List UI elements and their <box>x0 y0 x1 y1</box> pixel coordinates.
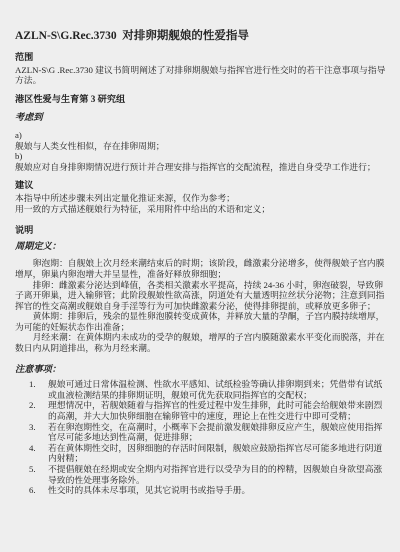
list-item: 4. 若在黄体期性交时，因卵细胞的存活时间限制，舰娘应鼓励指挥官尽可能多地进行阴… <box>29 443 388 464</box>
list-item-number: 2. <box>29 400 48 421</box>
list-item-text: 若在卵泡期性交，在高潮时，小概率下会提前激发舰娘排卵反应产生，舰娘应使用指挥官尽… <box>48 422 388 443</box>
list-item-text: 性交时的具体未尽事项，见其它说明书或指导手册。 <box>48 485 388 496</box>
list-item-number: 3. <box>29 422 48 443</box>
list-item: 1. 舰娘可通过日常体温检测、性欲水平感知、试纸检验等确认排卵期到来；凭借带有试… <box>29 379 388 400</box>
list-item-number: 1. <box>29 379 48 400</box>
document-page: AZLN-S\G.Rec.3730 对排卵期舰娘的性爱指导 范围 AZLN-S\… <box>0 0 400 496</box>
list-item-text: 舰娘可通过日常体温检测、性欲水平感知、试纸检验等确认排卵期到来；凭借带有试纸或血… <box>48 379 388 400</box>
clause-label-a: a) <box>15 130 388 141</box>
subheading-notes: 注意事项： <box>15 364 388 375</box>
definition-luteal-phase: 黄体期：排卵后，残余的显性卵泡膜转变成黄体，并释放大量的孕酮，子宫内膜持续增厚，… <box>15 311 388 332</box>
definition-follicular-phase: 卵泡期：自舰娘上次月经来潮结束后的时期；该阶段，雌激素分泌增多，使得舰娘子宫内膜… <box>15 258 388 279</box>
section-heading-considering: 考虑到 <box>15 112 388 123</box>
list-item-number: 5. <box>29 464 48 485</box>
considering-clause-b: b) 舰娘应对自身排卵期情况进行预计并合理安排与指挥官的交配流程，推进自身受孕工… <box>15 151 388 172</box>
workgroup-name: 港区性爱与生育第 3 研究组 <box>15 94 388 105</box>
definition-ovulation: 排卵：雌激素分泌达到峰值，各类相关激素水平提高，持续 24-36 小时，卵泡破裂… <box>15 280 388 312</box>
list-item: 3. 若在卵泡期性交，在高潮时，小概率下会提前激发舰娘排卵反应产生，舰娘应使用指… <box>29 422 388 443</box>
notes-list: 1. 舰娘可通过日常体温检测、性欲水平感知、试纸检验等确认排卵期到来；凭借带有试… <box>29 379 388 496</box>
list-item-text: 若在黄体期性交时，因卵细胞的存活时间限制，舰娘应鼓励指挥官尽可能多地进行阴道内射… <box>48 443 388 464</box>
list-item-text: 不提倡舰娘在经期或安全期内对指挥官进行以受孕为目的的榨精，因舰娘自身欲望高涨导致… <box>48 464 388 485</box>
list-item-text: 理想情况中，若舰娘随着与指挥官的性爱过程中发生排卵，此时可能会给舰娘带来剧烈的高… <box>48 400 388 421</box>
list-item: 5. 不提倡舰娘在经期或安全期内对指挥官进行以受孕为目的的榨精，因舰娘自身欲望高… <box>29 464 388 485</box>
section-heading-recommendation: 建议 <box>15 180 388 191</box>
recommendation-line-2: 用一致的方式描述舰娘行为特征，采用附件中给出的术语和定义； <box>15 204 388 215</box>
list-item: 2. 理想情况中，若舰娘随着与指挥官的性爱过程中发生排卵，此时可能会给舰娘带来剧… <box>29 400 388 421</box>
considering-clause-a: a) 舰娘与人类女性相似，存在排卵周期； <box>15 130 388 151</box>
recommendation-line-1: 本指导中所述步骤未列出定量化推证来源，仅作为参考； <box>15 193 388 204</box>
clause-label-b: b) <box>15 151 388 162</box>
scope-body: AZLN-S\G .Rec.3730 建议书简明阐述了对排卵期舰娘与指挥官进行性… <box>15 65 388 86</box>
list-item-number: 4. <box>29 443 48 464</box>
clause-text-a: 舰娘与人类女性相似，存在排卵周期； <box>15 141 388 152</box>
section-heading-scope: 范围 <box>15 52 388 63</box>
subheading-cycle-definition: 周期定义： <box>15 241 388 252</box>
section-heading-explanation: 说明 <box>15 225 388 236</box>
document-title: AZLN-S\G.Rec.3730 对排卵期舰娘的性爱指导 <box>15 30 388 43</box>
definition-menstruation: 月经来潮：在黄体期内未成功的受孕的舰娘，增厚的子宫内膜随激素水平变化而脱落，并在… <box>15 332 388 353</box>
list-item-number: 6. <box>29 485 48 496</box>
clause-text-b: 舰娘应对自身排卵期情况进行预计并合理安排与指挥官的交配流程，推进自身受孕工作进行… <box>15 162 388 173</box>
list-item: 6. 性交时的具体未尽事项，见其它说明书或指导手册。 <box>29 485 388 496</box>
